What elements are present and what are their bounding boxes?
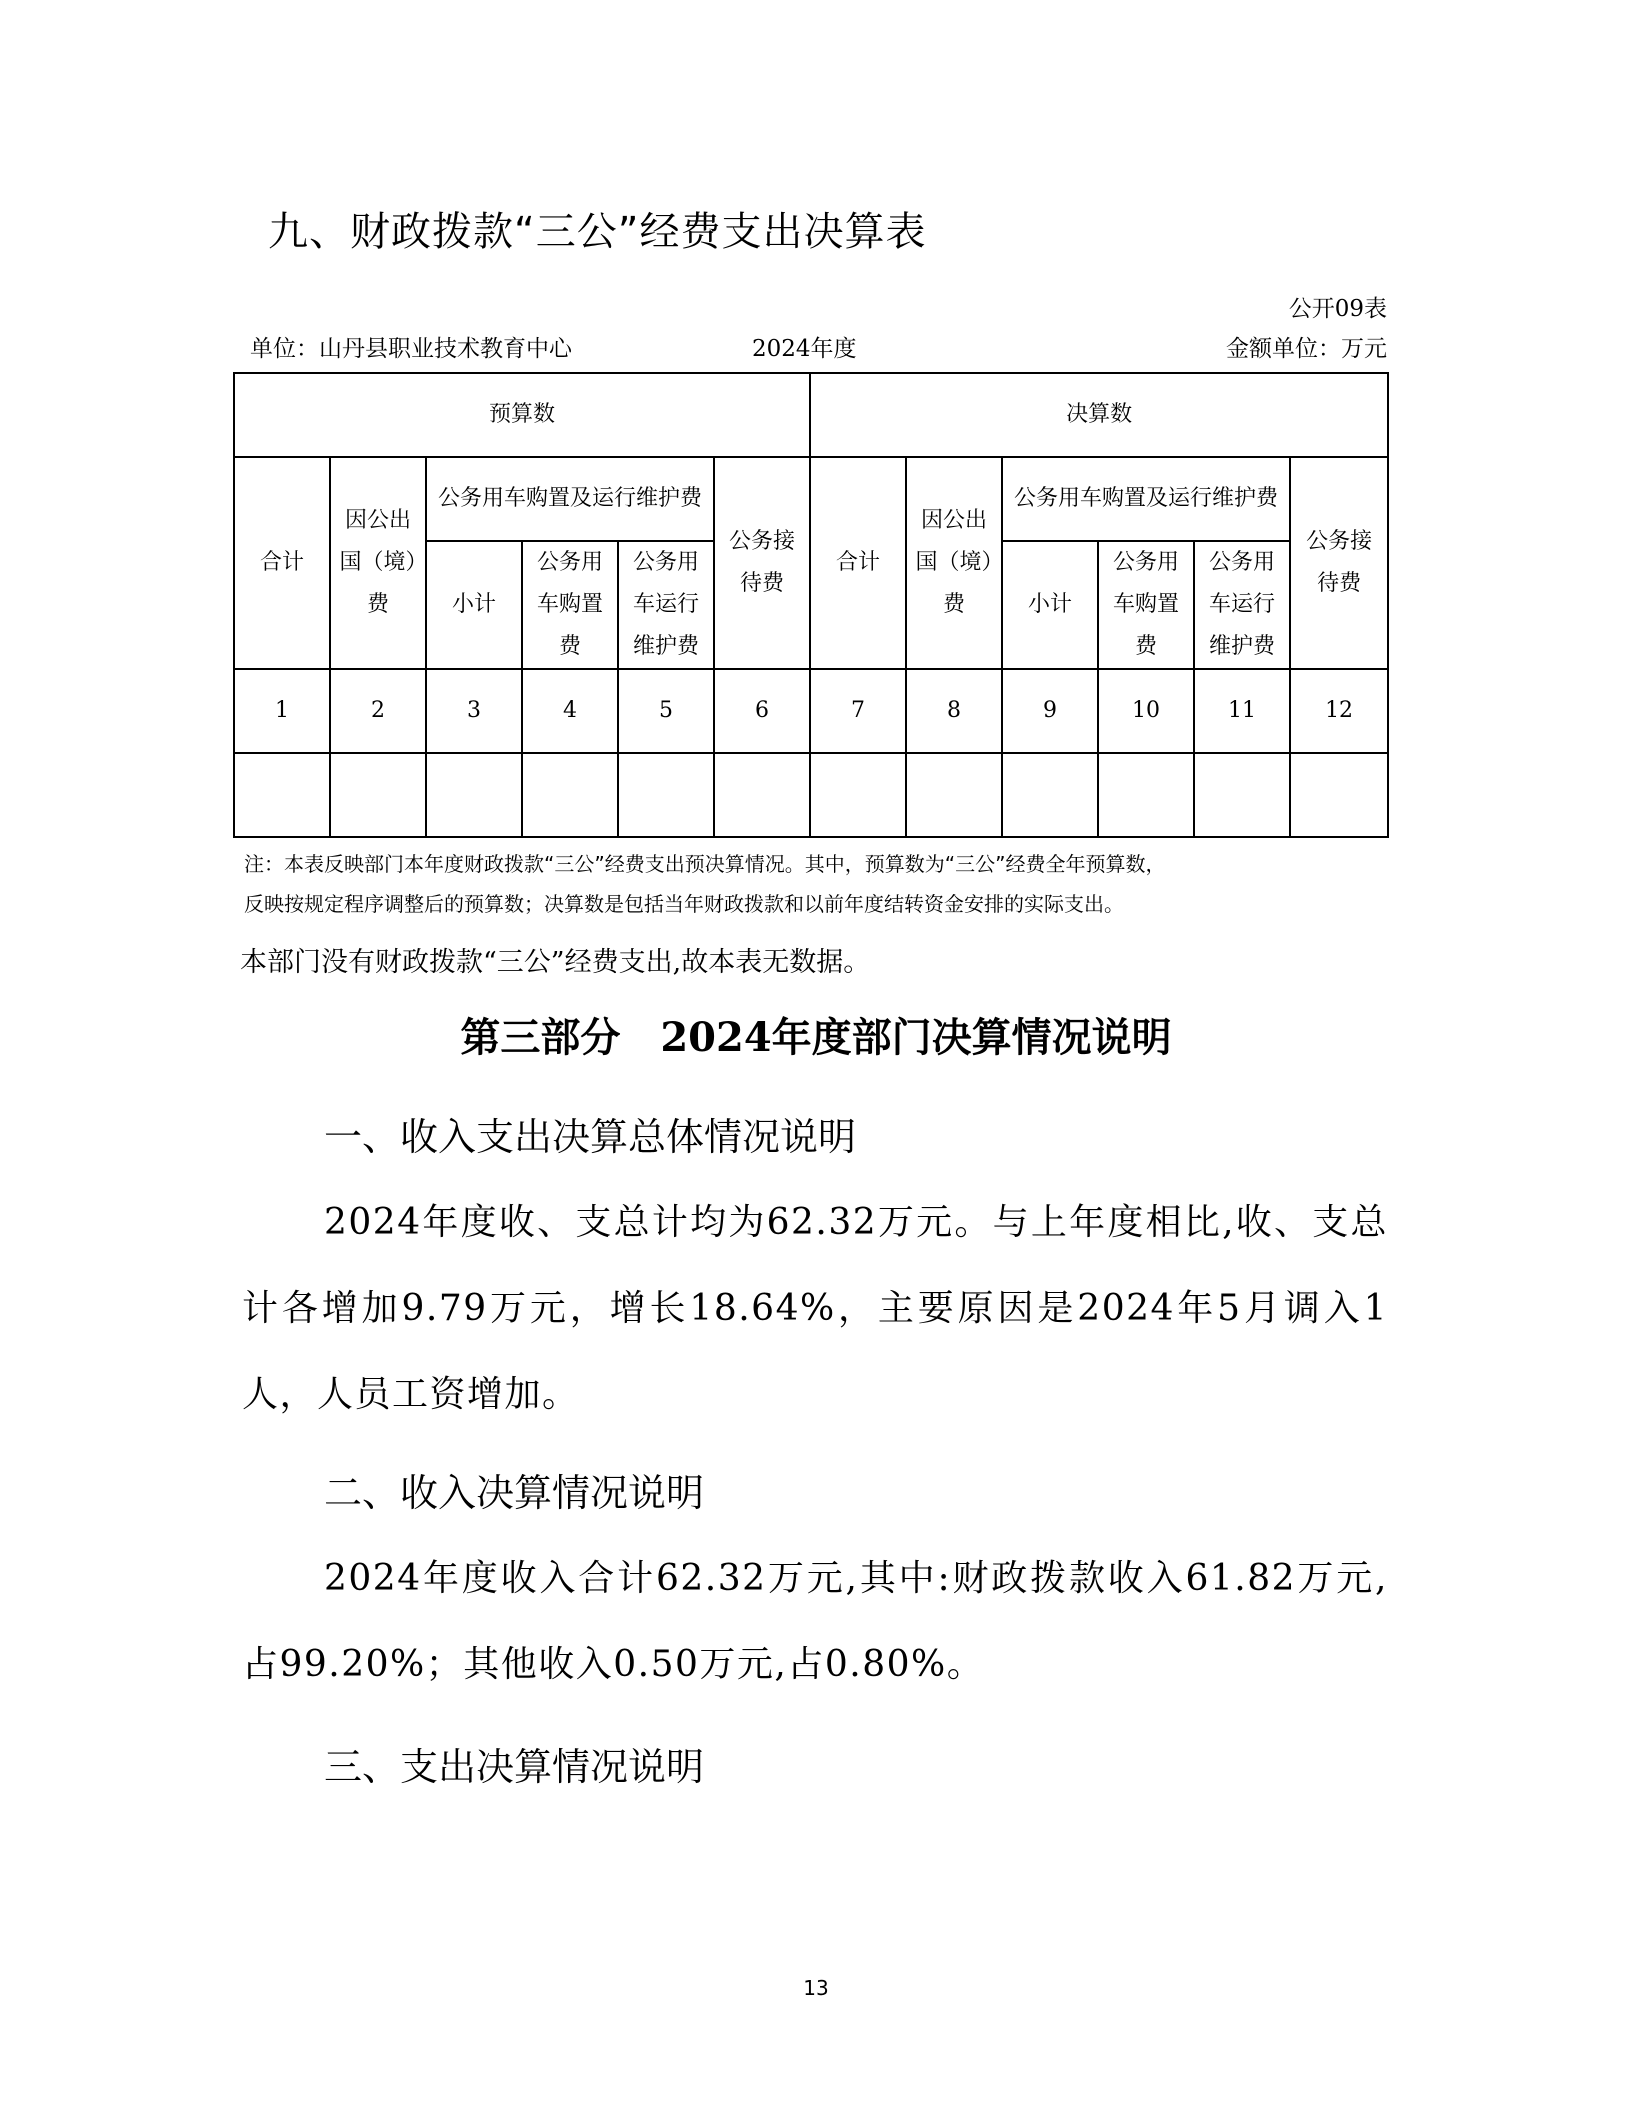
- header-vehicle-operation: 公务用车运行维护费: [618, 541, 714, 669]
- column-number: 10: [1098, 669, 1194, 753]
- section-heading-2: 二、收入决算情况说明: [324, 1462, 704, 1517]
- table-cell: [426, 753, 522, 837]
- column-number: 5: [618, 669, 714, 753]
- section-heading-1: 一、收入支出决算总体情况说明: [324, 1106, 856, 1161]
- part-three-title: 第三部分 2024年度部门决算情况说明: [0, 1006, 1632, 1063]
- section-title: 九、财政拨款“三公”经费支出决算表: [268, 200, 926, 257]
- column-number: 6: [714, 669, 810, 753]
- header-vehicle-group: 公务用车购置及运行维护费: [1002, 457, 1290, 541]
- three-public-expenses-table: 预算数 决算数 合计 因公出国（境）费 公务用车购置及运行维护费 公务接待费 合…: [233, 372, 1389, 838]
- header-abroad: 因公出国（境）费: [330, 457, 426, 669]
- table-id: 公开09表: [1289, 290, 1387, 323]
- section-paragraph-2: 2024年度收入合计62.32万元,其中:财政拨款收入61.82万元,占99.2…: [242, 1536, 1388, 1708]
- amount-unit: 金额单位：万元: [1226, 330, 1387, 363]
- header-total: 合计: [234, 457, 330, 669]
- header-subtotal: 小计: [426, 541, 522, 669]
- column-number: 8: [906, 669, 1002, 753]
- table-cell: [810, 753, 906, 837]
- column-number: 12: [1290, 669, 1388, 753]
- table-cell: [906, 753, 1002, 837]
- header-final: 决算数: [810, 373, 1388, 457]
- header-vehicle-operation: 公务用车运行维护费: [1194, 541, 1290, 669]
- column-number: 7: [810, 669, 906, 753]
- column-number: 4: [522, 669, 618, 753]
- table-cell: [714, 753, 810, 837]
- header-budget: 预算数: [234, 373, 810, 457]
- header-vehicle-purchase: 公务用车购置费: [522, 541, 618, 669]
- column-number: 2: [330, 669, 426, 753]
- header-vehicle-purchase: 公务用车购置费: [1098, 541, 1194, 669]
- header-vehicle-group: 公务用车购置及运行维护费: [426, 457, 714, 541]
- header-reception: 公务接待费: [714, 457, 810, 669]
- year-label: 2024年度: [752, 330, 857, 363]
- header-subtotal: 小计: [1002, 541, 1098, 669]
- table-cell: [1002, 753, 1098, 837]
- header-reception: 公务接待费: [1290, 457, 1388, 669]
- table-row: [234, 753, 1388, 837]
- column-number: 9: [1002, 669, 1098, 753]
- column-number: 1: [234, 669, 330, 753]
- table-cell: [234, 753, 330, 837]
- page-number: 13: [0, 1976, 1632, 2000]
- header-total: 合计: [810, 457, 906, 669]
- section-paragraph-1: 2024年度收、支总计均为62.32万元。与上年度相比,收、支总计各增加9.79…: [242, 1180, 1388, 1438]
- section-heading-3: 三、支出决算情况说明: [324, 1736, 704, 1791]
- column-number: 11: [1194, 669, 1290, 753]
- unit-label: 单位：山丹县职业技术教育中心: [250, 330, 572, 363]
- no-data-statement: 本部门没有财政拨款“三公”经费支出,故本表无数据。: [240, 940, 870, 979]
- table-cell: [1098, 753, 1194, 837]
- table-cell: [522, 753, 618, 837]
- table-note-line-2: 反映按规定程序调整后的预算数；决算数是包括当年财政拨款和以前年度结转资金安排的实…: [244, 888, 1124, 917]
- table-cell: [330, 753, 426, 837]
- table-note-line-1: 注：本表反映部门本年度财政拨款“三公”经费支出预决算情况。其中，预算数为“三公”…: [244, 848, 1165, 877]
- table-cell: [1194, 753, 1290, 837]
- column-number-row: 1 2 3 4 5 6 7 8 9 10 11 12: [234, 669, 1388, 753]
- table-cell: [1290, 753, 1388, 837]
- header-abroad: 因公出国（境）费: [906, 457, 1002, 669]
- column-number: 3: [426, 669, 522, 753]
- table-cell: [618, 753, 714, 837]
